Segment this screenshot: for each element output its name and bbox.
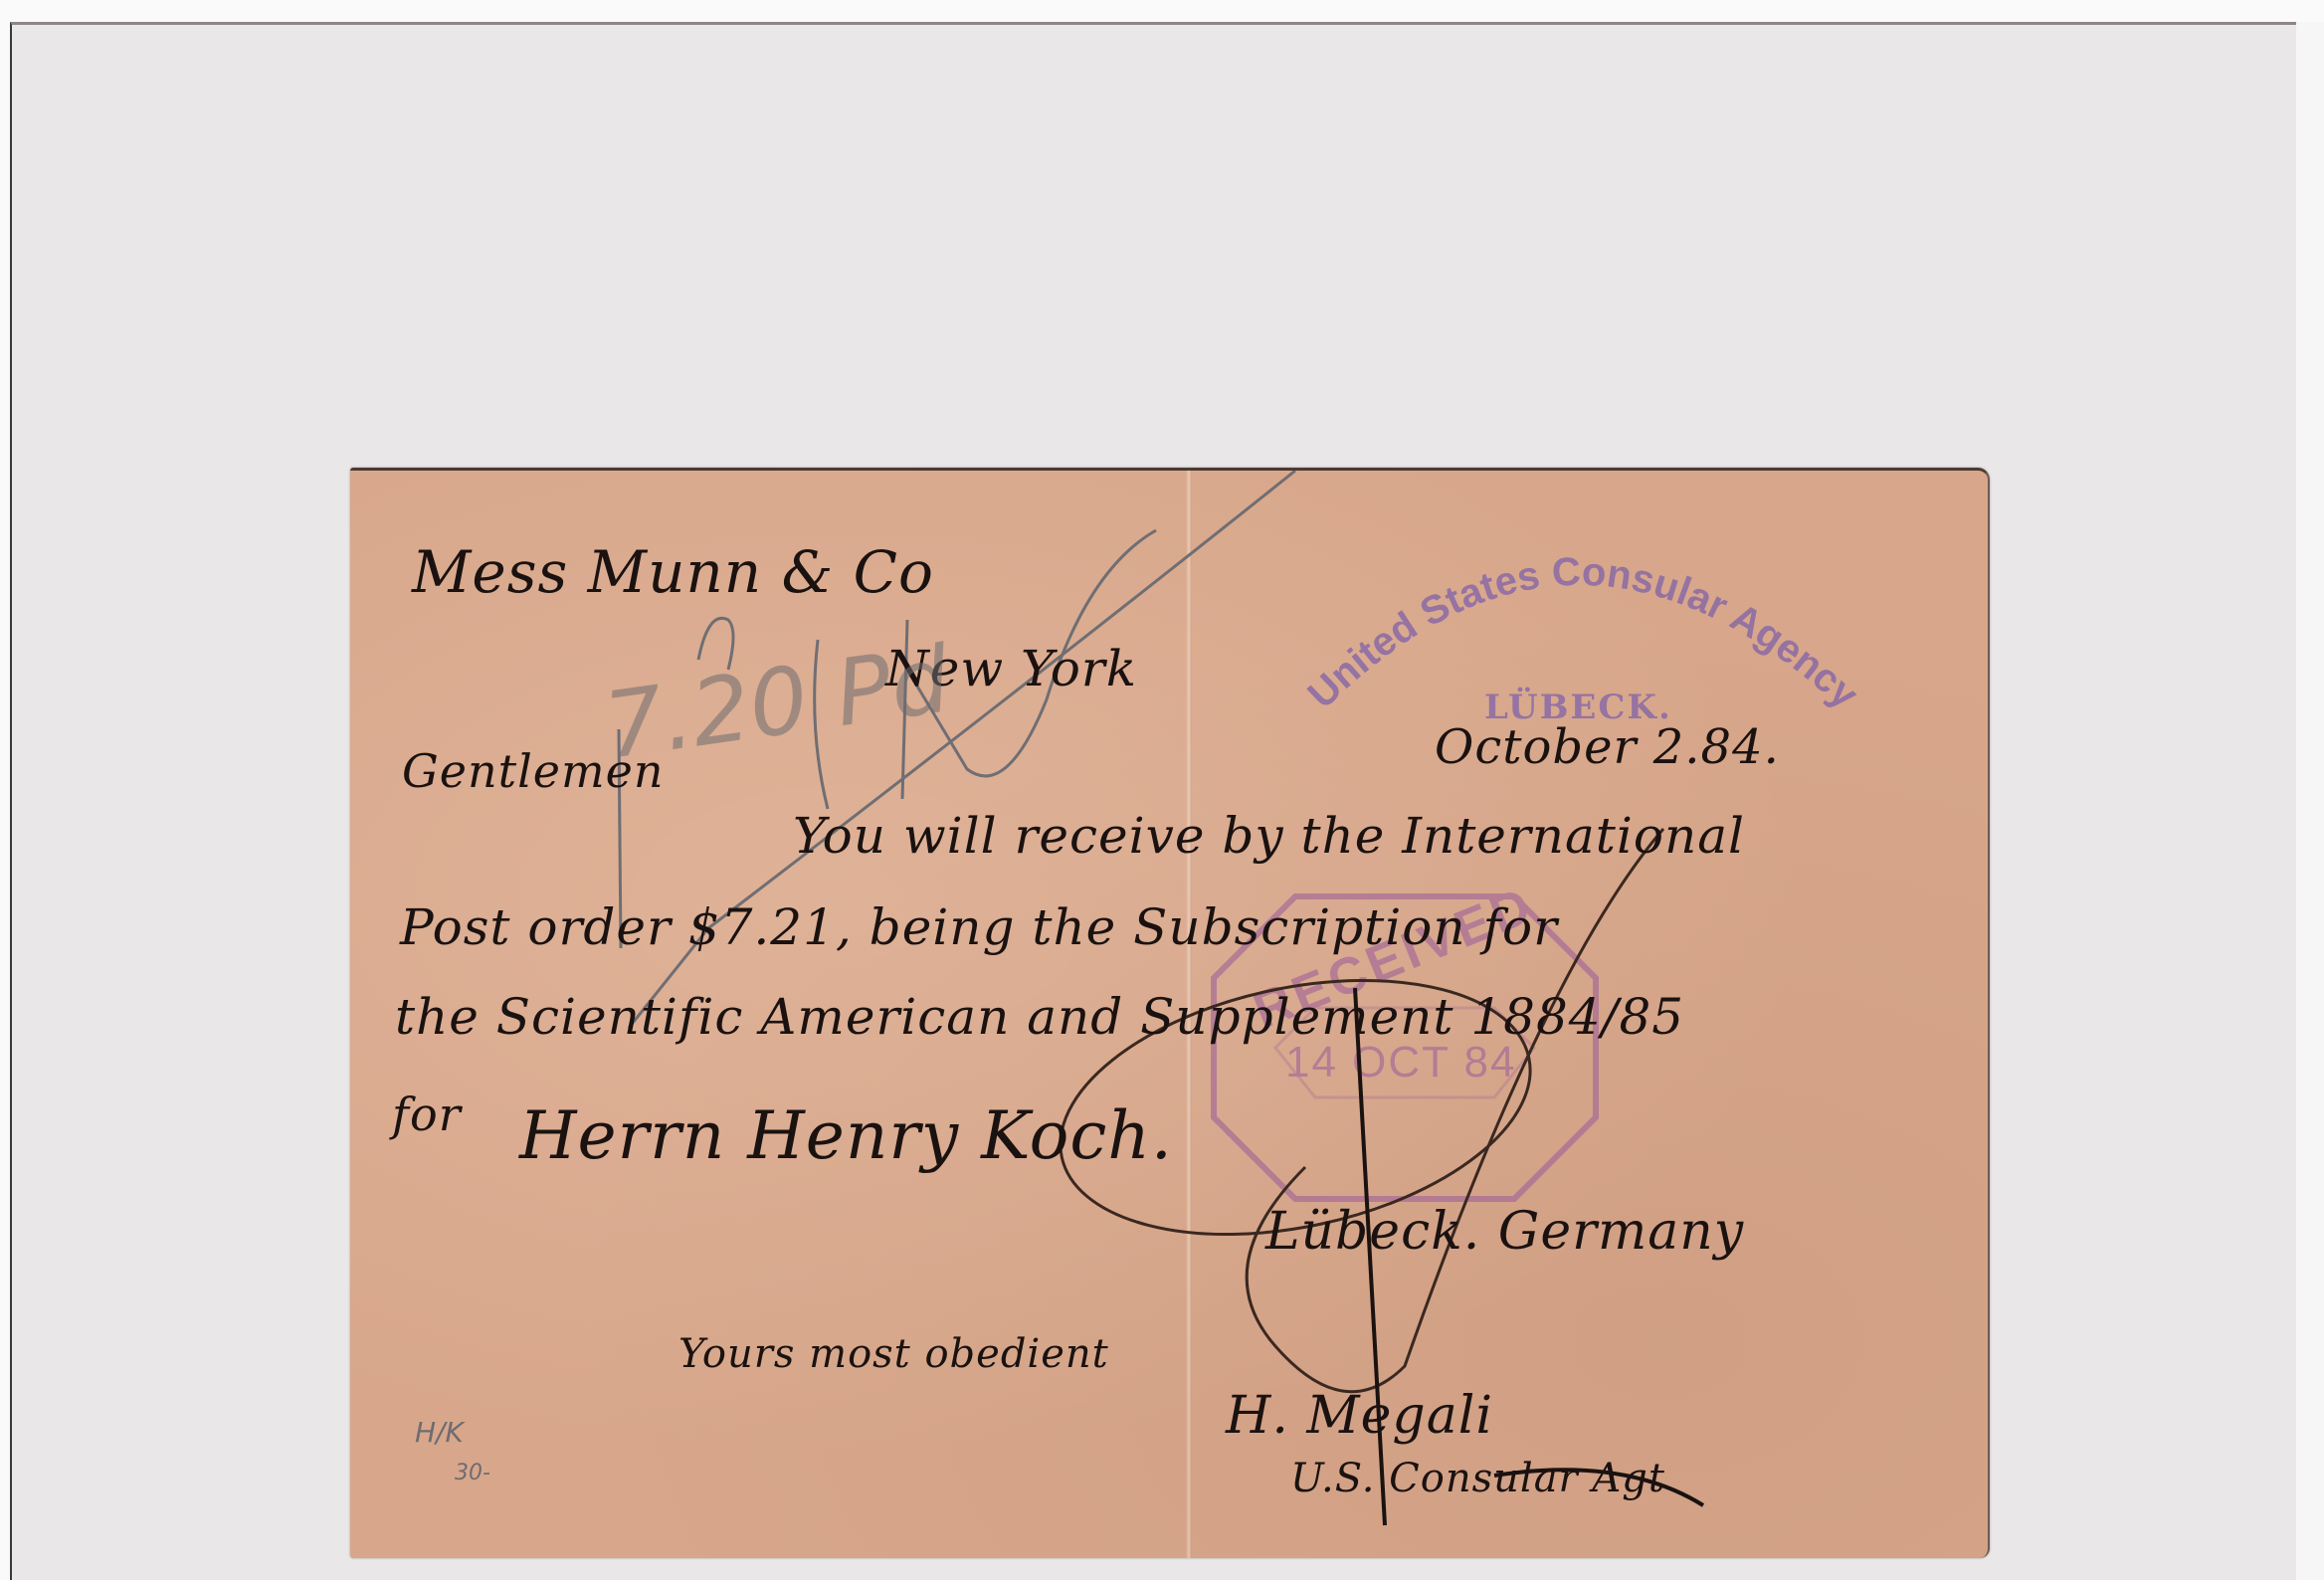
recipient-city: Lübeck. Germany (1265, 1202, 1744, 1262)
postcard: United States Consular Agency LÜBECK. RE… (350, 468, 1990, 1558)
letter-line-1: You will receive by the International (793, 807, 1745, 865)
signature-title: U.S. Consular Agt (1290, 1456, 1665, 1501)
closing: Yours most obedient (678, 1331, 1109, 1377)
pencil-corner-note-bottom: 30- (455, 1461, 490, 1485)
consular-cachet-stamp: United States Consular Agency LÜBECK. (1275, 510, 1892, 739)
letter-date: October 2.84. (1435, 719, 1780, 775)
recipient-name: Herrn Henry Koch. (519, 1097, 1173, 1174)
pencil-amount-mark: 7.20 Pd (598, 626, 955, 779)
letter-line-3: the Scientific American and Supplement 1… (395, 988, 1684, 1046)
signature: H. Megali (1226, 1386, 1493, 1446)
album-margin-strip (2296, 22, 2324, 1580)
addressee: Mess Munn & Co (412, 538, 934, 606)
letter-line-4-prefix: for (392, 1087, 462, 1141)
letter-line-2: Post order $7.21, being the Subscription… (400, 898, 1558, 956)
pencil-corner-note-top: H/K (415, 1416, 464, 1449)
